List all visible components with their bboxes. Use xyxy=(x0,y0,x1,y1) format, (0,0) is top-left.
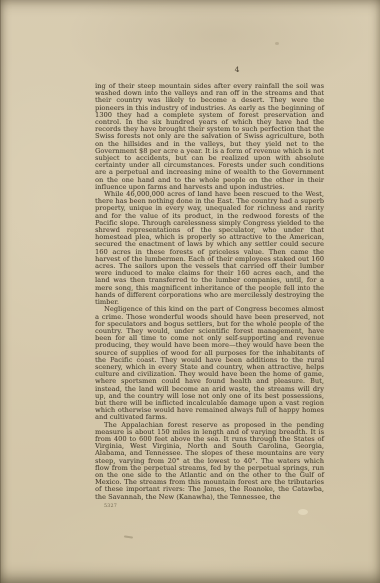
page-number: 4 xyxy=(226,65,248,74)
paper-stain xyxy=(298,509,308,515)
print-signature-mark: 5327 xyxy=(104,504,117,509)
body-text: ing of their steep mountain sides after … xyxy=(95,83,324,501)
paragraph: The Appalachian forest reserve as propos… xyxy=(95,422,324,501)
paper-stain xyxy=(275,42,279,45)
scanned-document-page: 4 ing of their steep mountain sides afte… xyxy=(0,0,380,583)
paragraph: Negligence of this kind on the part of C… xyxy=(95,306,324,421)
paragraph: While 46,000,000 acres of land have been… xyxy=(95,191,324,306)
paper-stain xyxy=(124,535,133,538)
paragraph: ing of their steep mountain sides after … xyxy=(95,83,324,191)
